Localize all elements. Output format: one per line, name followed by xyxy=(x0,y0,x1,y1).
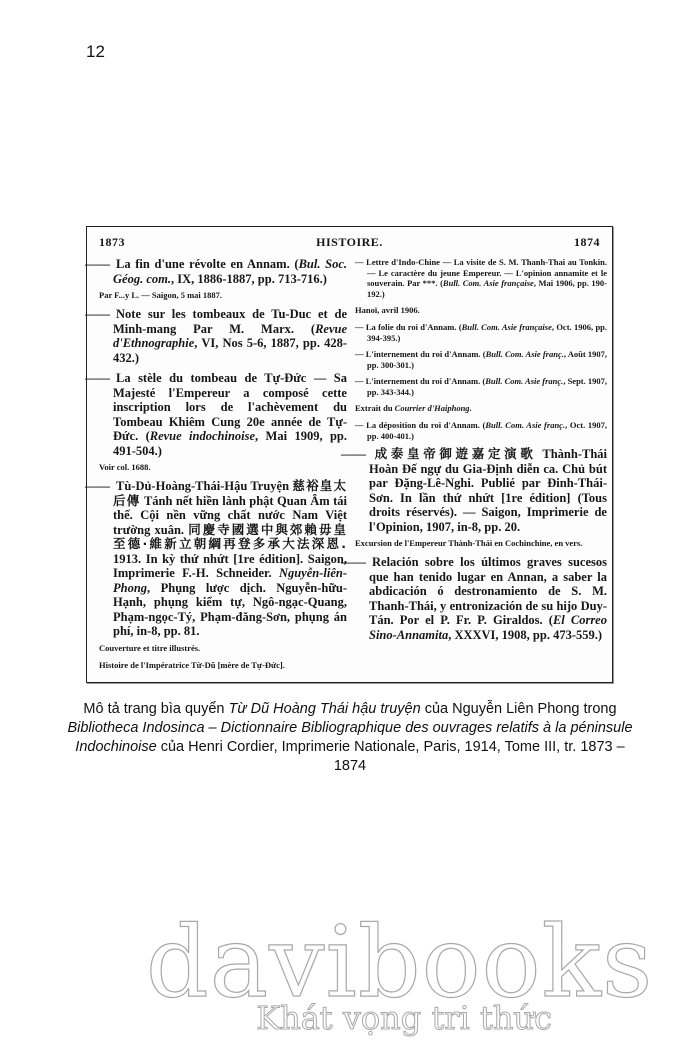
right-column: — Lettre d'Indo-Chine — La visite de S. … xyxy=(355,257,607,646)
page-number: 12 xyxy=(86,42,105,62)
bibliography-entry: ——Relación sobre los últimos graves suce… xyxy=(355,555,607,642)
section-title: HISTOIRE. xyxy=(316,235,383,250)
brand-tagline: Khát vọng tri thức xyxy=(256,1002,552,1034)
bibliography-entry: ——La stèle du tombeau de Tự-Đức — Sa Maj… xyxy=(99,371,347,458)
bibliography-entry-thanh-thai: ——成泰皇帝御遊嘉定演歌 Thành-Thái Hoàn Đế ngự du G… xyxy=(355,447,607,534)
right-page-number: 1874 xyxy=(574,235,600,250)
entry-note: Extrait du Courrier d'Haiphong. xyxy=(355,403,607,414)
entry-note: Couverture et titre illustrés. xyxy=(99,643,347,654)
publisher-watermark: davibooks Khát vọng tri thức xyxy=(140,910,560,1040)
brand-logo-text: davibooks xyxy=(146,914,653,1012)
bibliography-entry: — L'internement du roi d'Annam. (Bull. C… xyxy=(355,349,607,370)
entry-note: Histoire de l'Impératrice Từ-Dũ [mère de… xyxy=(99,660,347,671)
bibliography-entry: — La folie du roi d'Annam. (Bull. Com. A… xyxy=(355,322,607,343)
bibliography-entry: ——La fin d'une révolte en Annam. (Bul. S… xyxy=(99,257,347,286)
entry-note: Hanoï, avril 1906. xyxy=(355,305,607,316)
entry-note: Par F...y L. — Saigon, 5 mai 1887. xyxy=(99,290,347,301)
scan-header: 1873 HISTOIRE. 1874 xyxy=(99,235,600,250)
bibliography-entry: ——Note sur les tombeaux de Tu-Duc et de … xyxy=(99,307,347,365)
scanned-bibliography-page: 1873 HISTOIRE. 1874 ——La fin d'une révol… xyxy=(86,226,613,683)
chinese-title: 成泰皇帝御遊嘉定演歌 xyxy=(372,446,537,461)
figure-caption: Mô tả trang bìa quyển Từ Dũ Hoàng Thái h… xyxy=(60,700,640,776)
bibliography-entry: — L'internement du roi d'Annam. (Bull. C… xyxy=(355,376,607,397)
bibliography-entry: — La déposition du roi d'Annam. (Bull. C… xyxy=(355,420,607,441)
entry-note: Excursion de l'Empereur Thành-Thái en Co… xyxy=(355,538,607,549)
bibliography-entry-tu-du: ——Tù-Dủ-Hoàng-Thái-Hậu Truyện 慈裕皇太后傳 Tán… xyxy=(99,479,347,639)
bibliography-entry: — Lettre d'Indo-Chine — La visite de S. … xyxy=(355,257,607,299)
left-page-number: 1873 xyxy=(99,235,125,250)
entry-note: Voir col. 1688. xyxy=(99,462,347,473)
left-column: ——La fin d'une révolte en Annam. (Bul. S… xyxy=(99,257,347,677)
